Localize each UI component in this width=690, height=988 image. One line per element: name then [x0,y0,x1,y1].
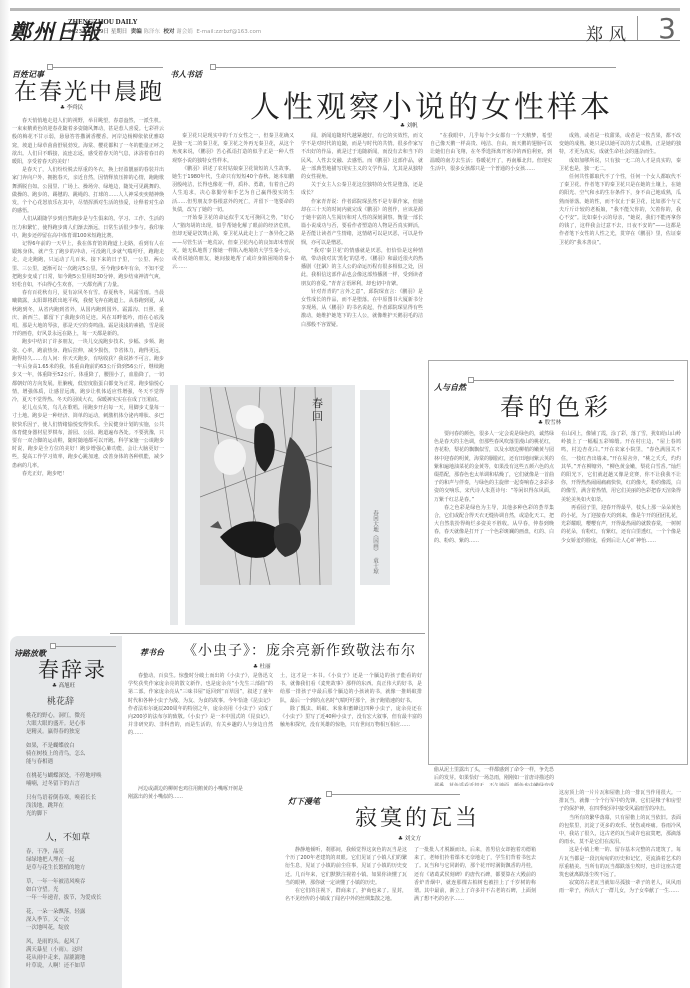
poem-line: 花，一朵一朵飘落，轻露 [26,908,101,916]
article-body-lonely-tiles-lead: 河边或湖边的柳树也鸡往用鹅黄的小嘴啄开树是刚露出的黄小嘴似的…… [128,785,243,985]
paragraph: 静静地倾听，刹那间，我倾觉得这灰色的瓦当是这个历了200年老建筑的双眼。它们见证… [285,846,407,887]
painting-artist: 袁士琼 [372,558,378,575]
poem-line: 光的脚下 [26,810,101,818]
poem-title: 人，不如草 [45,830,90,843]
issue-date: 2023年3月19日 星期日 [68,29,127,35]
poem-line: 骑在树枝上的青鸟，怎么 [26,750,101,758]
poem-title: 桃花辞 [47,694,74,707]
poem-line: 喃喃，过冬留下的吉言 [26,780,101,788]
paragraph: 再看园子里，迎春开得最早，枝头上那一朵朵黄色的小花，为了迎接春天的到来，像是午开… [561,504,681,545]
article-title-morning-run[interactable]: 在春光中晨跑 [14,73,164,106]
article-body-spring-colors-tail: 偷从泥土里露出了头，一样都感到了命令一样，争先恐后的发芽。如果恰好一场急雨，刚刚… [434,766,554,786]
paragraph: 春光正好，跑步吧！ [12,470,164,478]
column-header-spring-colors: 人与自然 [434,375,466,394]
painting-image[interactable]: 春 回 [200,387,332,585]
paragraph: 偷从泥土里露出了头，一样都感到了命令一样，争先恐后的发芽。如果恰好一场急雨，刚刚… [434,766,554,786]
article-title-novel-review[interactable]: 人性观察小说的女性样本 [250,82,613,126]
page-number: 3 [658,12,676,45]
paragraph: 闻，新闻追随时代越紧越好，有它的实效性，而文学不是对时代的追随，而是与时代的共情… [301,132,423,181]
paragraph: 春天悄悄地走进人们的视野，举目眺望，春意盎然，一派生机。一束束鹅黄色的迎春花随着… [12,117,164,166]
paragraph: 河边或湖边的柳树也鸡往用鹅黄的小嘴啄开树是刚露出的黄小嘴似的…… [128,785,243,801]
poem-line: 叶草说，人啊！还不如草 [26,962,101,970]
paragraph: 除了瓢虫、蚂蚁、米象和蜜蜂这四种小虫子，庞余亮还在《小虫子》里写了近40种小虫子… [280,705,422,730]
painting-title: 春回大地（国画） [372,510,378,554]
paragraph: 在它们的注视下，群商来了，护商也来了。星封，名不见经传的小镇成了闻名中外的丝绸集… [285,887,407,903]
column-rule [474,380,674,381]
article-title-poems[interactable]: 春辞录 [38,654,107,684]
poem-line: 浅浅地，跳拜在 [26,802,101,810]
column-rule [56,646,116,647]
byline-poems: ♣ 高旭旺 [52,681,75,689]
poem-line: 是精灵。赢得春的独宠 [26,728,101,736]
paragraph: 春有百花秋有月，夏有凉风冬有雪。春夏秋冬，风霜雪雨。当晨曦微露，太阳即将跃出地平… [12,289,164,338]
column-header-lonely-tiles: 灯下漫笔 [288,789,320,808]
article-body-novel-review-col1: 秦卫花只是现实中的千万女性之一，但秦卫花确又是独一无二的秦卫花，秦卫花之外再无秦… [172,132,294,354]
poem-line: 在桃花与蝴蝶深处，不停地呼唤 [26,772,101,780]
email-link[interactable]: E-mail:zzrbzf@163.com [196,29,261,35]
byline-morning-run: ♣ 李舜民 [60,103,83,111]
panel-shade-left [170,385,178,625]
poem-body: 春，干净，晶亮 绿绿地把人埋在一起 是草与花生长繁植的地方 草，一年一年被清风嗅… [26,848,101,970]
column-rule [53,67,163,68]
paragraph: 秦卫花只是现实中的千万女性之一，但秦卫花确又是独一无二的秦卫花，秦卫花之外再无秦… [172,132,294,165]
poem-line: 草，一年一年被清风嗅吞 [26,878,101,886]
paragraph: 在山冈上，像铺了霞，涂了彩，落了雪，犹如给山山岭岭披上了一幅幅五彩锦缎。开在村庄… [561,430,681,504]
article-body-morning-run: 春天悄悄地走进人们的视野，举目眺望，春意盎然，一派生机。一束束鹅黄色的迎春花随着… [12,117,164,622]
article-body-spring-colors-col2: 在山冈上，像铺了霞，涂了彩，落了雪，犹如给山山岭岭披上了一幅幅五彩锦缎。开在村庄… [561,430,681,760]
article-body-lonely-tiles-col1: 静静地倾听，刹那间，我倾觉得这灰色的瓦当是这个历了200年老建筑的双眼。它们见证… [285,846,407,986]
article-body-lonely-tiles-col2: 了一批批人才脱颖而出。后来，善男信女却抱着功德箱来了，老师们拎着课本无奈地走了，… [414,846,536,986]
byline-lonely-tiles: ♣ 刘文方 [398,834,421,842]
column-label: 人与自然 [434,382,466,392]
poem-line: 桃花的野心，洞红，微亮 [26,712,101,720]
paragraph: 作家青青说：作者邱院琛虽然不是专职作家，但她却在三十天的时间内就完成《鹏羽》的创… [301,198,423,247]
svg-text:回: 回 [312,410,323,423]
byline-little-insects: ♣ 杜丽 [253,662,271,670]
article-body-spring-colors-col1: 要问春的颜色，很多人一定会说是绿色的，诚然绿色是春天的主色调，但那些春风吹落里漫… [434,430,554,760]
paragraph: 人们从跟随学步到自然跑步是与生俱来的。学习、工作、生活的压力和繁忙，使得跑步离人… [12,215,164,240]
poem-line: 绿绿地把人埋在一起 [26,856,101,864]
poem-line: 如果，不是蝴蝶放白 [26,742,101,750]
paragraph: 寂寞的古老瓦当就如尽孤独一辈子的老人，风风雨雨一辈子，养活大了一群儿女，为子女奉… [559,879,681,895]
column-label: 荐书台 [140,647,164,657]
poem-line: 如白守望。光 [26,886,101,894]
column-label: 灯下漫笔 [288,796,320,806]
paragraph: 当所有的繁华落幕，只有屋檐上的瓦当依旧。表面的包浆里，沉淀了更多的欢乐、忧伤或疼… [559,814,681,847]
masthead: 鄭州日報 ZHENGZHOU DAILY 2023年3月19日 星期日 责编 陈… [10,14,680,41]
poem-line: 一年一年递青，拔节，为爱成长 [26,894,101,902]
article-body-novel-review-col4: 成熟，或者是一枚甜果，或者是一枚苦果，都不改变她的成熟。她只是以她可以的方式成熟… [559,132,681,347]
column-rule [332,794,460,795]
article-body-lonely-tiles-col3: 这房顶上的一片片瓦和屋檐上的一排瓦当作用很大。一排瓦当，就像一个个行军中的先锋，… [559,789,681,986]
proof-label: 校对 [164,29,175,35]
editor-label: 责编 [131,29,142,35]
paragraph: 记得6年前的一天早上，我在体育馆的跑道上走路，看到有人在锻炼身体，就产生了跑步的… [12,240,164,289]
poem-line: 春，干净，晶亮 [26,848,101,856]
article-title-little-insects[interactable]: 《小虫子》：庞余亮新作致敬法布尔 [183,640,416,660]
article-title-lonely-tiles[interactable]: 寂寞的瓦当 [355,801,480,832]
paragraph: “在我眼中，几乎每个少女都有一个天鹅梦，希望自己像天鹅一样高贵、纯洁、自由，而天… [430,132,552,173]
column-header-novel-review: 书人书话 [170,62,202,81]
poem-line: 是草与花生长繁植的地方 [26,864,101,872]
poem-line: 能与春相遇 [26,758,101,766]
paragraph: 成熟，或者是一枚甜果，或者是一枚苦果，都不改变她的成熟。她只是以她可以的方式成熟… [559,132,681,157]
paragraph: 土，这才是一本书。《小虫子》还是一个腼边的孩子能看的好书，就像我们看《麦兜故事》… [280,672,422,705]
paragraph: 这是小镇上唯一的、留存基本完整的古建筑了。每片瓦当都是一段沉甸甸的历史和记忆，更… [559,846,681,879]
column-label: 书人书话 [170,69,202,79]
top-rule [10,8,680,11]
poem-line: 大眼大眼的盛开。是心事 [26,720,101,728]
painting-caption: 春回大地（国画） 袁士琼 [368,510,378,574]
byline-novel-review: ♣ 刘帆 [400,121,418,129]
article-body-novel-review-col3: “在我眼中，几乎每个少女都有一个天鹅梦，希望自己像天鹅一样高贵、纯洁、自由，而天… [430,132,552,347]
dateline: 2023年3月19日 星期日 责编 陈泽东 校对 谢会娟 E-mail:zzrb… [68,27,261,35]
poem-body: 桃花的野心，洞红，微亮 大眼大眼的盛开。是心事 是精灵。赢得春的独宠 如果，不是… [26,712,101,818]
article-body-novel-review-col2: 闻，新闻追随时代越紧越好，有它的实效性，而文学不是对时代的追随，而是与时代的共情… [301,132,423,354]
section-rule [110,633,425,634]
byline-spring-colors: ♣ 殷雪林 [538,418,561,426]
paragraph: 针对青青的“言外之意”，邱院琛直言：《鹏羽》是女性成长的作品，而不是堕落。在中原… [301,288,423,329]
article-body-little-insects-col1: 春蛰动，百虫生。惊蛰时分破土而出的《小虫子》，是鲁迅文学奖获奖作家庞余亮的散文新… [128,672,273,782]
article-title-spring-colors[interactable]: 春的色彩 [500,387,612,422]
poem-line: 风，是雨的头。起风了 [26,938,101,946]
paragraph: “我对‘秦卫花’的情感就是厌恶，但恰恰是这种情绪，带动我对其‘黑化’的思考。《鹏… [301,247,423,288]
paragraph: 要问春的颜色，很多人一定会说是绿色的，诚然绿色是春天的主色调，但那些春风吹落里漫… [434,430,554,504]
masthead-divider [637,16,638,40]
lonely-tiles-lead-column: 河边或湖边的柳树也鸡往用鹅黄的小嘴啄开树是刚露出的黄小嘴似的…… [128,785,243,985]
paragraph: 花儿点头笑，鸟儿在歌唱。用跑步开启每一天，用脚步丈量每一寸土地。跑步是一种经济、… [12,404,164,470]
svg-text:春: 春 [312,397,323,410]
paragraph: 关于女主人公秦卫花这位独特的女性是堕落，还是成长？ [301,181,423,197]
poem-line: 一次地叫花，绽放 [26,924,101,932]
editor-name: 陈泽东 [144,29,161,35]
poem-line: 深入季节。又一次 [26,916,101,924]
paragraph: 春之色彩是绿色为主导，其他多种色彩的荟萃集合，它们或配合得天衣无缝协调自然，或造… [434,504,554,545]
paragraph: 成如加缪所说，只有独一无二的人才是真实的，秦卫花也是，独一无二。 [559,157,681,173]
poem-line: 满天暴星（小雨）。这时 [26,946,101,954]
column-header-little-insects: 荐书台 [140,640,164,659]
article-body-little-insects-col2: 土，这才是一本书。《小虫子》还是一个腼边的孩子能看的好书，就像我们看《麦兜故事》… [280,672,422,782]
paragraph: 了一批批人才脱颖而出。后来，善男信女却抱着功德箱来了，老师们拎着课本无奈地走了，… [414,846,536,903]
proofreader-name: 谢会娟 [176,29,193,35]
page-margin-shade [0,0,10,988]
rooster-painting-icon: 春 回 [200,387,332,585]
paragraph: 一开始秦卫花的命运似乎又无可挽回之势，“好心人”猪肉胡的出现，似乎帮她化解了眼前… [172,214,294,271]
paragraph: 跑步中结识了许多朋友，一块儿交流跑步技术，步幅、步频、跑姿、心率，跑前热身、跑后… [12,338,164,404]
paragraph: 春蛰动，百虫生。惊蛰时分破土而出的《小虫子》，是鲁迅文学奖获奖作家庞余亮的散文新… [128,672,273,738]
paragraph: 是春天了，人们纷纷脱去厚重的冬衣，换上轻盈靓丽的春装并出家门奔向户外，拥抱春天，… [12,166,164,215]
section-name: 郑风 [586,20,632,45]
newspaper-english-name: ZHENGZHOU DAILY [68,18,138,26]
paragraph: 这房顶上的一片片瓦和屋檐上的一排瓦当作用很大。一排瓦当，就像一个个行军中的先锋，… [559,789,681,814]
column-rule [216,67,616,68]
paragraph: 《鹏羽》讲述了农村姑娘秦卫花简短的人生故事。她生于1980年代，生命只有短短40… [172,165,294,214]
paragraph: 任何共性都取代不了个性，任何一个女人都取代不了秦卫花。作者笔下的秦卫花只是在她的… [559,173,681,247]
poem-line: 花从雨中走来，湿漉漉地 [26,954,101,962]
poem-line: 只有鸟语着倒春寒，嗅着长长 [26,794,101,802]
